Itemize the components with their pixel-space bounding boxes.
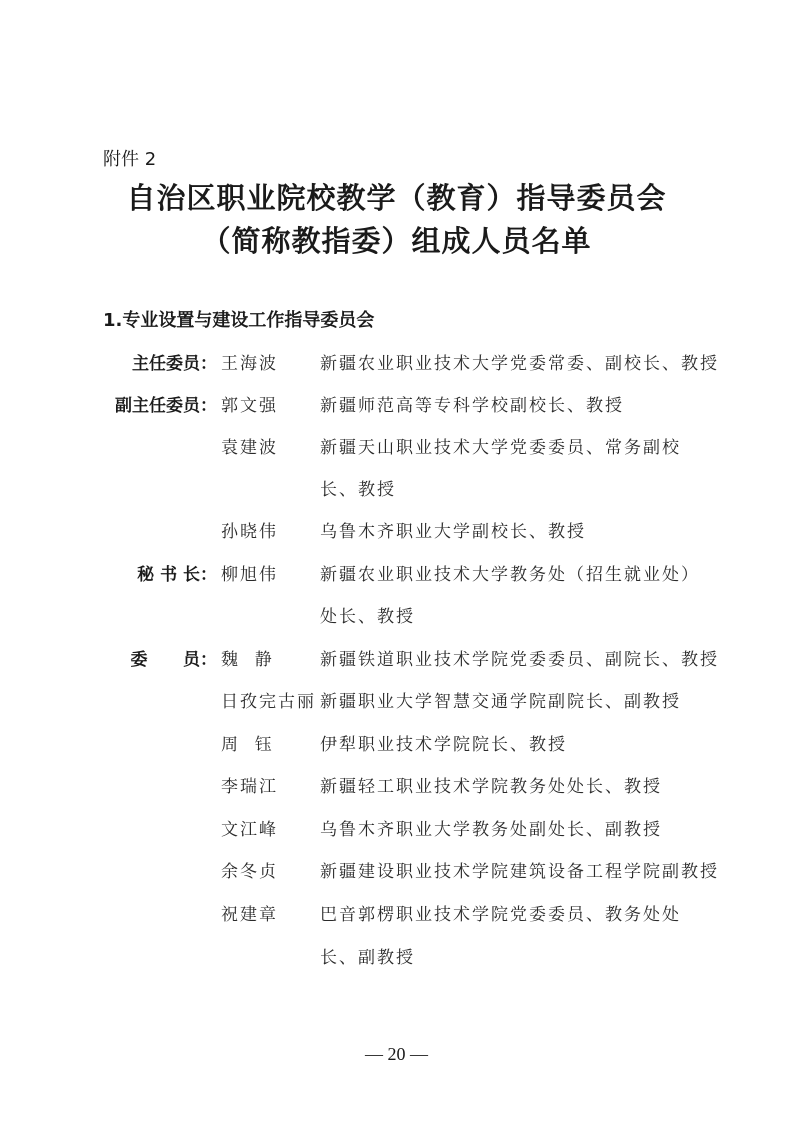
member-description: 新疆天山职业技术大学党委委员、常务副校 <box>320 433 681 458</box>
member-row: 孙晓伟 乌鲁木齐职业大学副校长、教授 <box>0 517 793 543</box>
member-description: 巴音郭楞职业技术学院党委委员、教务处处 <box>320 900 681 925</box>
member-description: 长、教授 <box>320 475 396 500</box>
member-name: 日孜完古丽 <box>221 687 316 712</box>
member-name: 周 钰 <box>221 730 274 755</box>
section-heading: 1.专业设置与建设工作指导委员会 <box>103 306 374 332</box>
page-number: — 20 — <box>0 1044 793 1065</box>
member-name: 孙晓伟 <box>221 517 278 542</box>
member-name: 余冬贞 <box>221 857 278 882</box>
member-row: 袁建波 新疆天山职业技术大学党委委员、常务副校 <box>0 433 793 459</box>
member-role: 秘 书 长： <box>137 560 217 585</box>
member-role: 委 员： <box>130 645 217 670</box>
attachment-label: 附件 2 <box>103 145 156 171</box>
member-name: 柳旭伟 <box>221 560 278 585</box>
member-row: 日孜完古丽 新疆职业大学智慧交通学院副院长、副教授 <box>0 687 793 713</box>
member-description: 长、副教授 <box>320 943 415 968</box>
member-description: 新疆铁道职业技术学院党委委员、副院长、教授 <box>320 645 719 670</box>
member-row: 周 钰 伊犁职业技术学院院长、教授 <box>0 730 793 756</box>
member-row-continuation: 长、副教授 <box>0 943 793 969</box>
member-name: 文江峰 <box>221 815 278 840</box>
member-name: 郭文强 <box>221 391 278 416</box>
member-description: 新疆师范高等专科学校副校长、教授 <box>320 391 624 416</box>
member-name: 李瑞江 <box>221 772 278 797</box>
member-role: 主任委员： <box>132 349 217 374</box>
member-row: 主任委员： 王海波 新疆农业职业技术大学党委常委、副校长、教授 <box>0 349 793 375</box>
member-row: 秘 书 长： 柳旭伟 新疆农业职业技术大学教务处（招生就业处） <box>0 560 793 586</box>
member-name: 王海波 <box>221 349 278 374</box>
member-name: 袁建波 <box>221 433 278 458</box>
member-row-continuation: 处长、教授 <box>0 602 793 628</box>
member-description: 乌鲁木齐职业大学副校长、教授 <box>320 517 586 542</box>
member-description: 伊犁职业技术学院院长、教授 <box>320 730 567 755</box>
member-name: 祝建章 <box>221 900 278 925</box>
member-name: 魏 静 <box>221 645 274 670</box>
document-title-line-1: 自治区职业院校教学（教育）指导委员会 <box>0 176 793 217</box>
member-description: 新疆轻工职业技术学院教务处处长、教授 <box>320 772 662 797</box>
member-description: 处长、教授 <box>320 602 415 627</box>
member-row: 祝建章 巴音郭楞职业技术学院党委委员、教务处处 <box>0 900 793 926</box>
member-description: 新疆农业职业技术大学党委常委、副校长、教授 <box>320 349 719 374</box>
member-description: 新疆农业职业技术大学教务处（招生就业处） <box>320 560 700 585</box>
member-description: 乌鲁木齐职业大学教务处副处长、副教授 <box>320 815 662 840</box>
member-row: 李瑞江 新疆轻工职业技术学院教务处处长、教授 <box>0 772 793 798</box>
document-title-line-2: （简称教指委）组成人员名单 <box>0 219 793 260</box>
member-row: 余冬贞 新疆建设职业技术学院建筑设备工程学院副教授 <box>0 857 793 883</box>
member-row: 文江峰 乌鲁木齐职业大学教务处副处长、副教授 <box>0 815 793 841</box>
member-row-continuation: 长、教授 <box>0 475 793 501</box>
member-row: 副主任委员： 郭文强 新疆师范高等专科学校副校长、教授 <box>0 391 793 417</box>
member-role: 副主任委员： <box>115 391 217 416</box>
member-row: 委 员： 魏 静 新疆铁道职业技术学院党委委员、副院长、教授 <box>0 645 793 671</box>
member-description: 新疆建设职业技术学院建筑设备工程学院副教授 <box>320 857 719 882</box>
member-description: 新疆职业大学智慧交通学院副院长、副教授 <box>320 687 681 712</box>
